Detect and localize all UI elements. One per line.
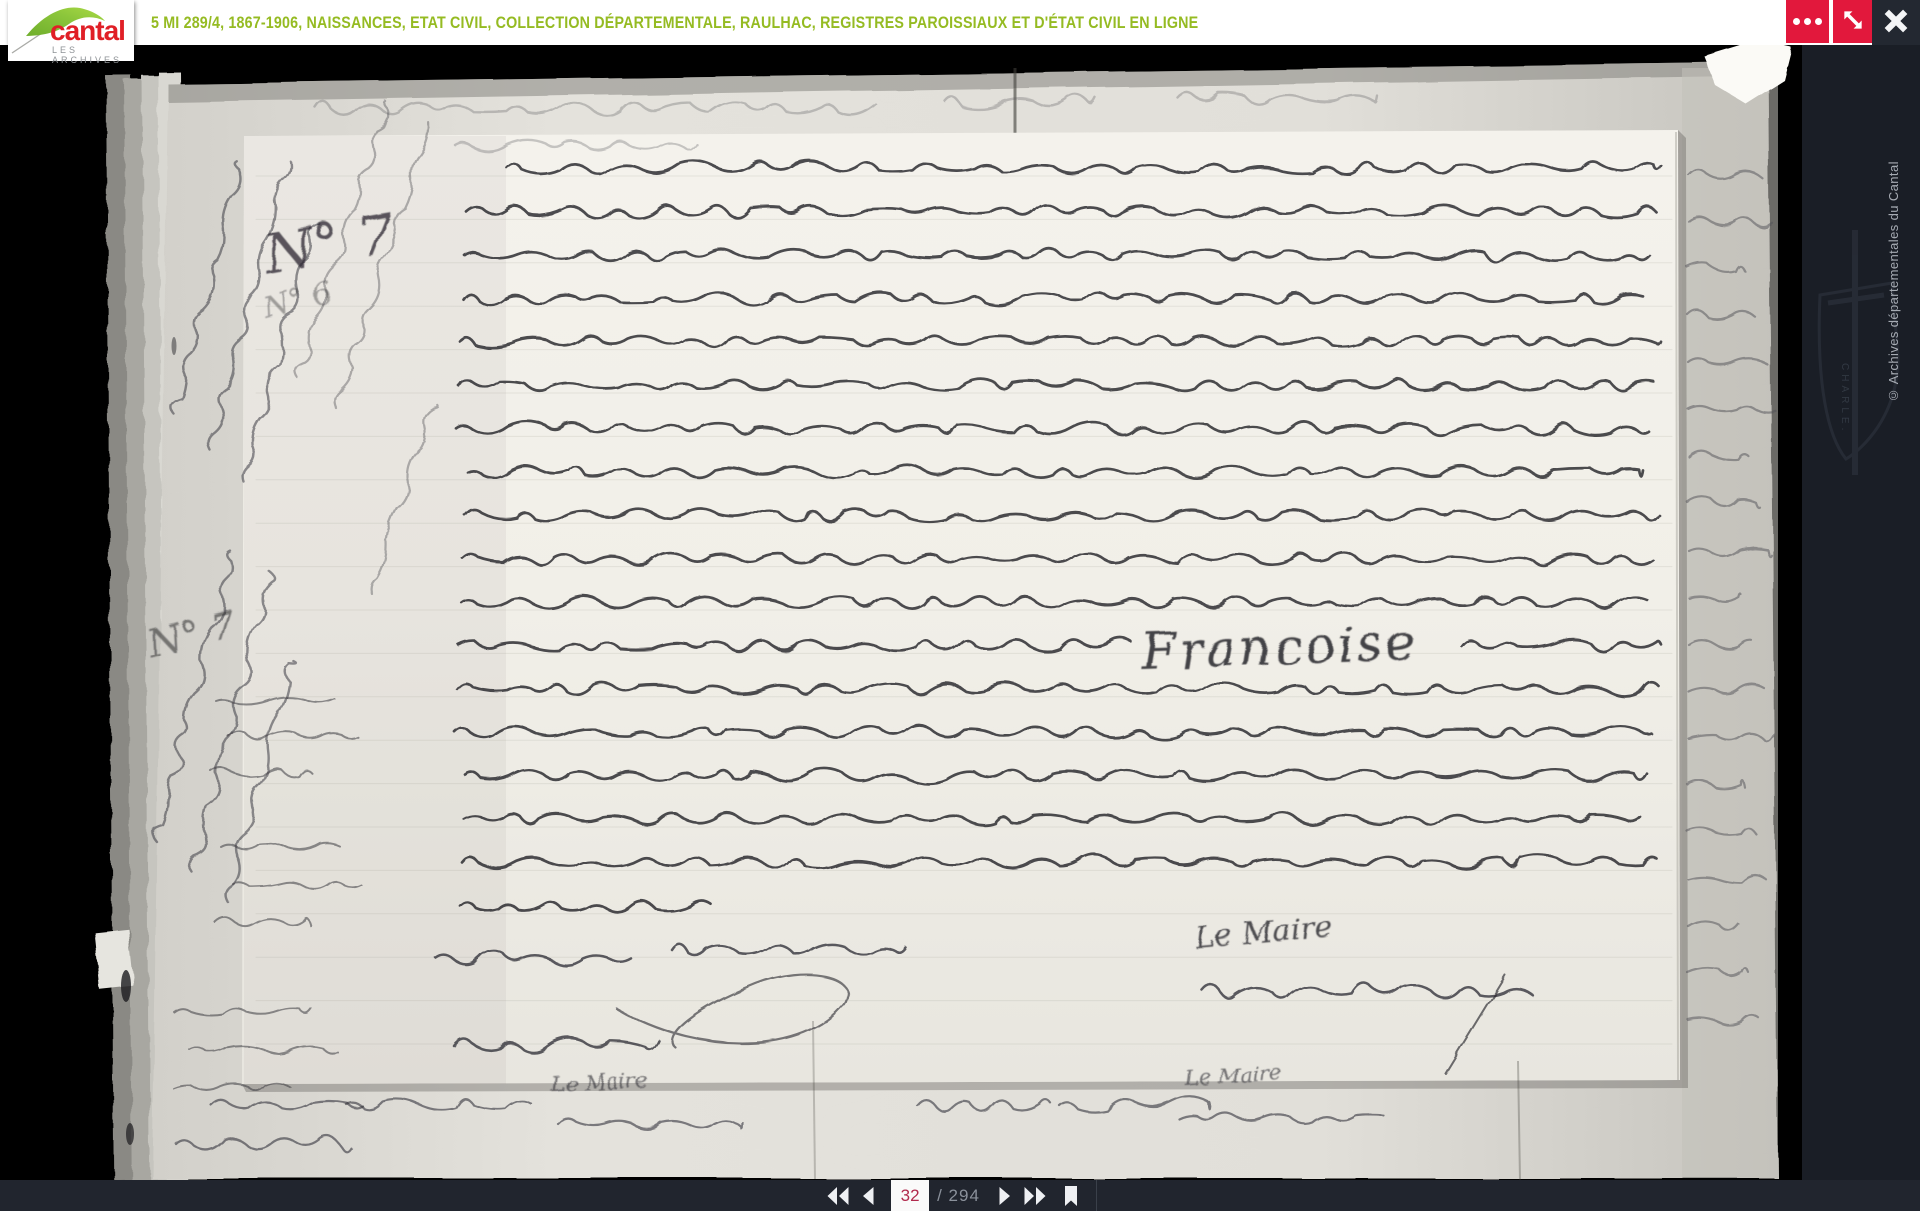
chevron-right-icon xyxy=(998,1186,1012,1206)
svg-text:CHARLE.: CHARLE. xyxy=(1839,363,1850,434)
ellipsis-icon xyxy=(1791,18,1824,25)
logo-brand-text: cantal xyxy=(50,17,125,45)
signature-le-maire: Le Maire xyxy=(550,1068,648,1097)
next-page-button[interactable] xyxy=(990,1180,1020,1211)
bookmark-button[interactable] xyxy=(1056,1180,1086,1211)
copyright-panel: CHARLE. © Archives départementales du Ca… xyxy=(1800,45,1920,1180)
double-chevron-right-icon xyxy=(1023,1186,1047,1206)
more-options-button[interactable] xyxy=(1786,0,1829,43)
copyright-text: © Archives départementales du Cantal xyxy=(1886,73,1901,403)
page-navigation-bar: 32 / 294 xyxy=(0,1180,1920,1211)
last-page-button[interactable] xyxy=(1020,1180,1050,1211)
pager-divider xyxy=(1096,1180,1097,1211)
first-page-button[interactable] xyxy=(823,1180,853,1211)
cantal-archives-logo[interactable]: cantal LES ARCHIVES xyxy=(8,0,134,61)
diagonal-resize-icon xyxy=(1840,7,1866,36)
document-title: 5 MI 289/4, 1867-1906, NAISSANCES, ETAT … xyxy=(151,0,1198,45)
close-icon xyxy=(1883,8,1909,37)
header-bar: 5 MI 289/4, 1867-1906, NAISSANCES, ETAT … xyxy=(0,0,1920,45)
scanned-register-image[interactable]: N° 6 N° 7 N° 7 Francoise Le Maire Le Mai… xyxy=(116,46,1800,1180)
current-page-input[interactable]: 32 xyxy=(891,1180,929,1211)
fullscreen-button[interactable] xyxy=(1833,0,1872,43)
page-total-label: / 294 xyxy=(937,1186,980,1206)
bookmark-icon xyxy=(1063,1185,1079,1207)
double-chevron-left-icon xyxy=(826,1186,850,1206)
logo-tagline-text: LES ARCHIVES xyxy=(52,45,134,65)
child-name-word: Francoise xyxy=(1139,613,1419,681)
crest-watermark-icon: CHARLE. xyxy=(1800,45,1920,1180)
image-viewport: CHARLE. © Archives départementales du Ca… xyxy=(0,45,1920,1180)
close-button[interactable] xyxy=(1872,0,1920,45)
previous-page-button[interactable] xyxy=(853,1180,883,1211)
chevron-left-icon xyxy=(861,1186,875,1206)
archive-viewer: 5 MI 289/4, 1867-1906, NAISSANCES, ETAT … xyxy=(0,0,1920,1211)
